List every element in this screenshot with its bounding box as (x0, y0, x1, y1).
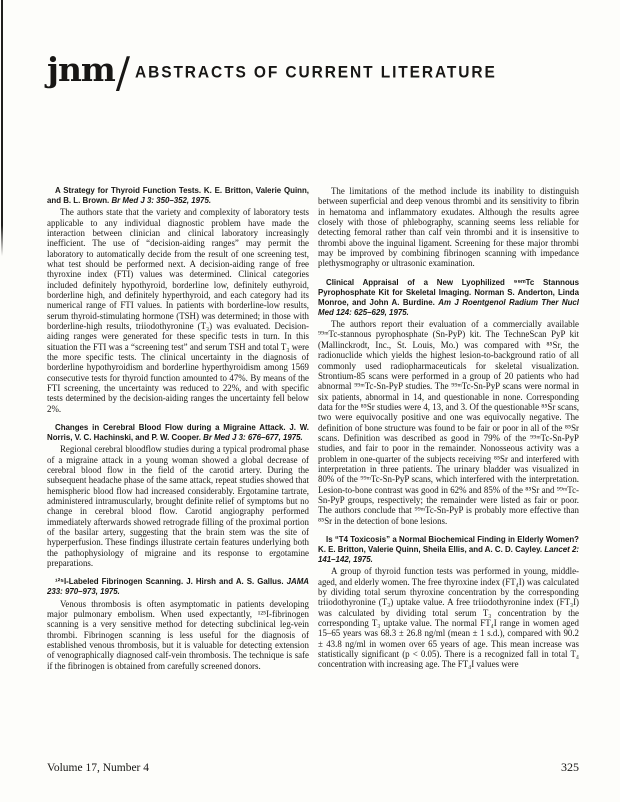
page-footer: Volume 17, Number 4 325 (47, 760, 579, 775)
scan-artifact-line (1, 0, 3, 256)
abstract-heading: A Strategy for Thyroid Function Tests. K… (47, 186, 309, 206)
abstract-citation: Br Med J 3: 350–352, 1975. (111, 196, 211, 205)
abstract-heading: Clinical Appraisal of a New Lyophilized … (318, 278, 579, 318)
left-column: A Strategy for Thyroid Function Tests. K… (47, 186, 309, 764)
abstract-body: Regional cerebral bloodflow studies duri… (47, 444, 309, 568)
abstract-title-authors: ¹²⁵I-Labeled Fibrinogen Scanning. J. Hir… (55, 577, 284, 586)
abstract-heading: ¹²⁵I-Labeled Fibrinogen Scanning. J. Hir… (47, 577, 309, 597)
page-title: ABSTRACTS OF CURRENT LITERATURE (135, 63, 497, 82)
masthead: jnm/ABSTRACTS OF CURRENT LITERATURE (47, 50, 587, 98)
journal-page: jnm/ABSTRACTS OF CURRENT LITERATURE A St… (0, 0, 620, 802)
page-number: 325 (561, 760, 579, 775)
abstract-body-continuation: The limitations of the method include it… (318, 186, 579, 269)
right-column: The limitations of the method include it… (318, 186, 579, 764)
abstract-heading: Is “T4 Toxicosis” a Normal Biochemical F… (318, 535, 579, 565)
abstract-body: The authors report their evaluation of a… (318, 319, 579, 526)
abstract-body: Venous thrombosis is often asymptomatic … (47, 599, 309, 671)
logo-slash: / (116, 48, 130, 97)
abstract-body: A group of thyroid function tests was pe… (318, 566, 579, 669)
journal-logo: jnm (47, 50, 115, 89)
abstract-title-authors: Is “T4 Toxicosis” a Normal Biochemical F… (318, 535, 579, 554)
abstract-heading: Changes in Cerebral Blood Flow during a … (47, 423, 309, 443)
abstract-citation: Br Med J 3: 676–677, 1975. (203, 433, 303, 442)
volume-label: Volume 17, Number 4 (47, 762, 149, 774)
abstract-body: The authors state that the variety and c… (47, 207, 309, 414)
